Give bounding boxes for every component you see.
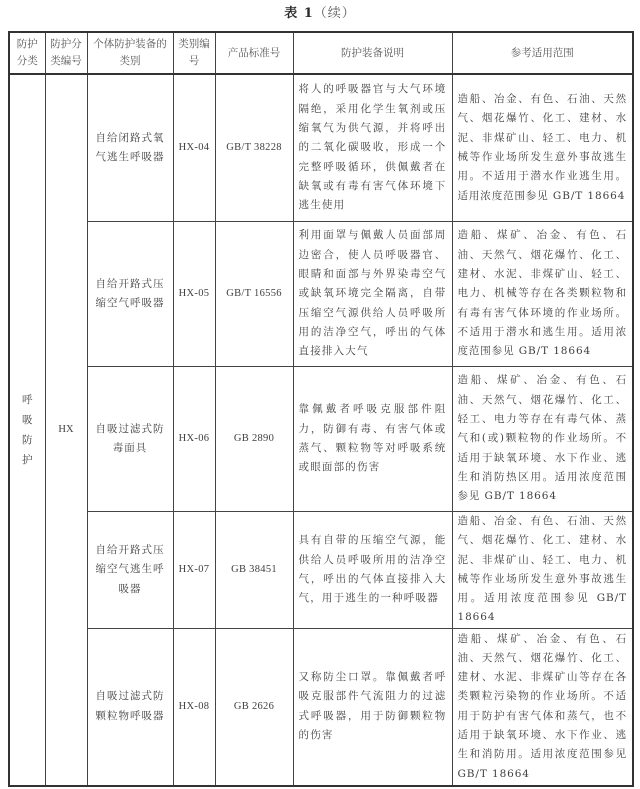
table-header-row: 防护分类 防护分类编号 个体防护装备的类别 类别编号 产品标准号 防护装备说明 … (9, 32, 633, 74)
protection-category: 呼吸防护 (21, 390, 33, 470)
equipment-description: 利用面罩与佩戴人员面部周边密合，使人员呼吸器官、眼睛和面部与外界染毒空气或缺氧环… (293, 222, 452, 367)
header-category-code: 防护分类编号 (45, 32, 87, 74)
header-description: 防护装备说明 (293, 32, 452, 74)
table-row: 呼吸防护 HX 自给闭路式氧气逃生呼吸器 HX-04 GB/T 38228 将人… (9, 74, 633, 222)
type-code: HX-05 (173, 222, 215, 367)
application-scope: 造船、煤矿、冶金、有色、石油、天然气、烟花爆竹、化工、建材、水泥、非煤矿山、轻工… (452, 222, 633, 367)
application-scope: 造船、煤矿、冶金、有色、石油、天然气、烟花爆竹、化工、建材、水泥、非煤矿山等存在… (452, 628, 633, 786)
equipment-type: 自吸过滤式防颗粒物呼吸器 (87, 628, 173, 786)
product-standard: GB 2890 (215, 367, 293, 512)
product-standard: GB 38451 (215, 512, 293, 629)
table-row: 自给开路式压缩空气逃生呼吸器 HX-07 GB 38451 具有自带的压缩空气源… (9, 512, 633, 629)
table-caption: 表 1（续） (0, 2, 640, 21)
equipment-description: 具有自带的压缩空气源，能供给人员呼吸所用的洁净空气，呼出的气体直接排入大气，用于… (293, 512, 452, 629)
table-row: 自给开路式压缩空气呼吸器 HX-05 GB/T 16556 利用面罩与佩戴人员面… (9, 222, 633, 367)
equipment-type: 自给闭路式氧气逃生呼吸器 (87, 74, 173, 222)
application-scope: 造船、煤矿、冶金、有色、石油、天然气、烟花爆竹、化工、轻工、电力等存在有毒气体、… (452, 367, 633, 512)
application-scope: 造船、冶金、有色、石油、天然气、烟花爆竹、化工、建材、水泥、非煤矿山、轻工、电力… (452, 74, 633, 222)
header-scope: 参考适用范围 (452, 32, 633, 74)
category-code-cell: HX (45, 74, 87, 786)
type-code: HX-07 (173, 512, 215, 629)
table-row: 自吸过滤式防毒面具 HX-06 GB 2890 靠佩戴者呼吸克服部件阻力，防御有… (9, 367, 633, 512)
application-scope: 造船、冶金、有色、石油、天然气、烟花爆竹、化工、建材、水泥、非煤矿山、轻工、电力… (452, 512, 633, 629)
type-code: HX-08 (173, 628, 215, 786)
protective-equipment-table: 防护分类 防护分类编号 个体防护装备的类别 类别编号 产品标准号 防护装备说明 … (8, 31, 634, 787)
equipment-description: 将人的呼吸器官与大气环境隔绝，采用化学生氧剂或压缩氧气为供气源，并将呼出的二氧化… (293, 74, 452, 222)
table-row: 自吸过滤式防颗粒物呼吸器 HX-08 GB 2626 又称防尘口罩。靠佩戴者呼吸… (9, 628, 633, 786)
header-product-standard: 产品标准号 (215, 32, 293, 74)
header-protection-category: 防护分类 (9, 32, 45, 74)
product-standard: GB 2626 (215, 628, 293, 786)
table-title: 表 1 (284, 6, 314, 21)
header-type-code: 类别编号 (173, 32, 215, 74)
table-continued-label: （续） (314, 6, 356, 21)
equipment-type: 自给开路式压缩空气逃生呼吸器 (87, 512, 173, 629)
type-code: HX-06 (173, 367, 215, 512)
header-equipment-type: 个体防护装备的类别 (87, 32, 173, 74)
protection-category-cell: 呼吸防护 (9, 74, 45, 786)
equipment-type: 自吸过滤式防毒面具 (87, 367, 173, 512)
product-standard: GB/T 38228 (215, 74, 293, 222)
equipment-type: 自给开路式压缩空气呼吸器 (87, 222, 173, 367)
type-code: HX-04 (173, 74, 215, 222)
product-standard: GB/T 16556 (215, 222, 293, 367)
equipment-description: 靠佩戴者呼吸克服部件阻力，防御有毒、有害气体或蒸气、颗粒物等对呼吸系统或眼面部的… (293, 367, 452, 512)
equipment-description: 又称防尘口罩。靠佩戴者呼吸克服部件气流阻力的过滤式呼吸器，用于防御颗粒物的伤害 (293, 628, 452, 786)
